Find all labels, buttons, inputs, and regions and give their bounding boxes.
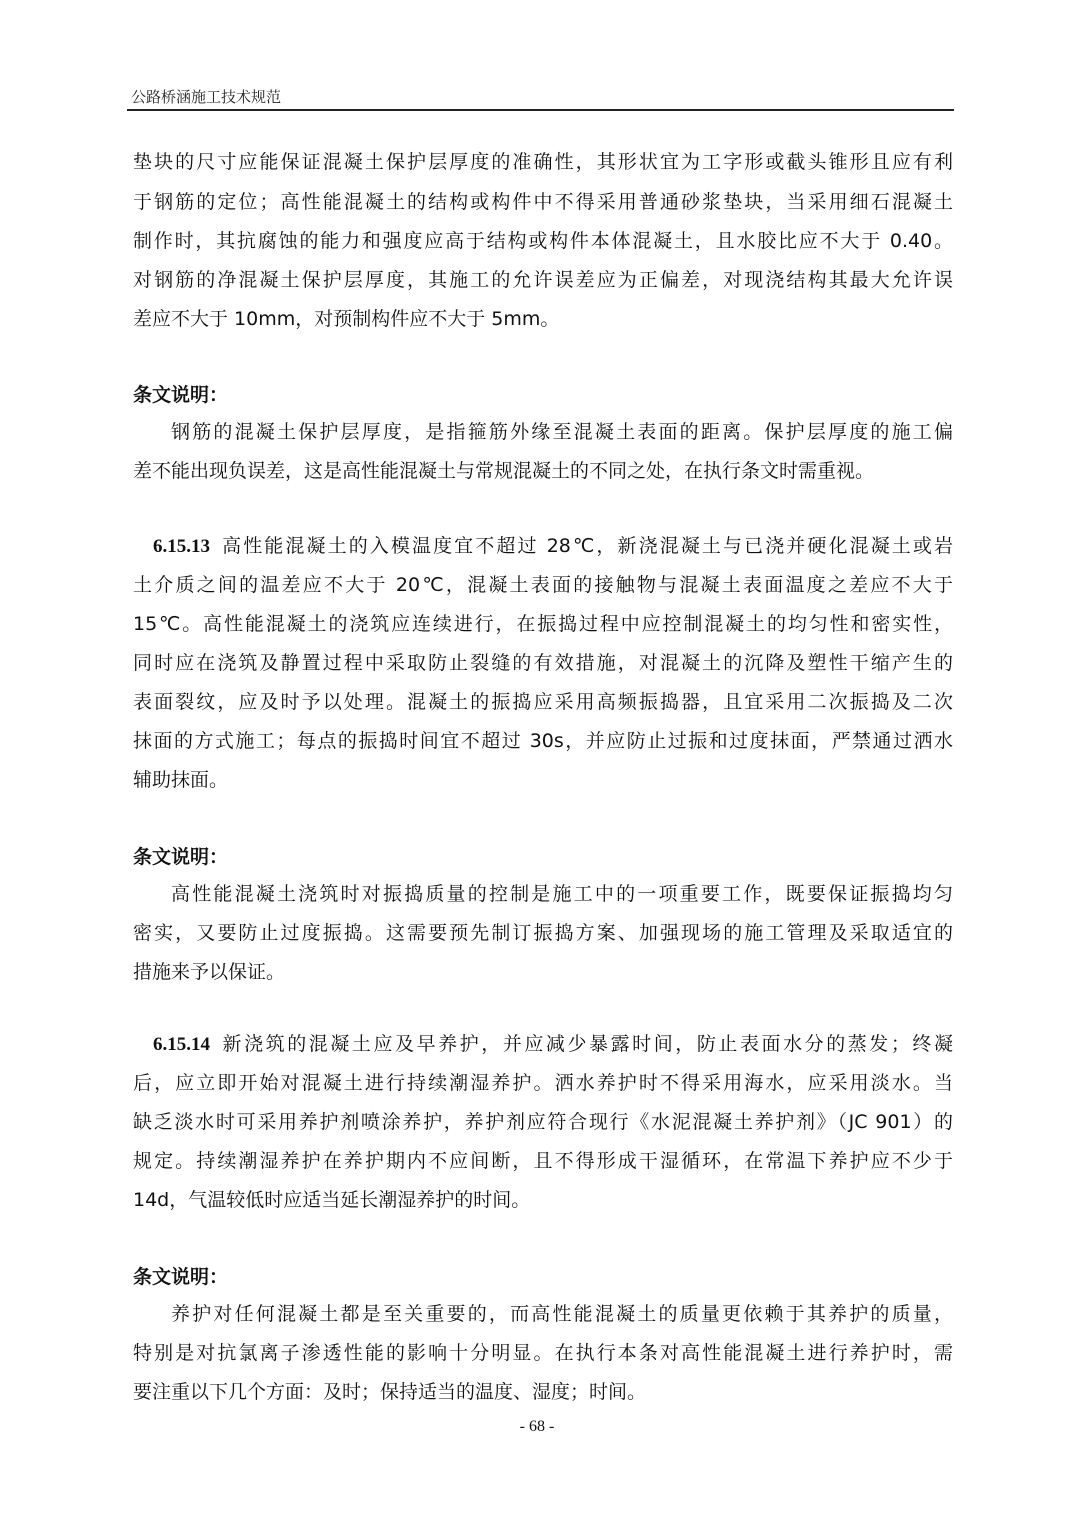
- clause-first-line: 6.15.13高性能混凝土的入模温度宜不超过 28℃，新浇混凝土与已浇并硬化混凝…: [133, 534, 953, 559]
- clause-number: 6.15.13: [153, 536, 210, 557]
- note-title: 条文说明：: [133, 380, 228, 407]
- note-line: 差不能出现负误差，这是高性能混凝土与常规混凝土的不同之处，在执行条文时需重视。: [133, 459, 953, 483]
- note-line: 密实，又要防止过度振捣。这需要预先制订振捣方案、加强现场的施工管理及采取适宜的: [133, 921, 953, 945]
- note-line: 高性能混凝土浇筑时对振捣质量的控制是施工中的一项重要工作，既要保证振捣均匀: [133, 882, 953, 906]
- note-line: 要注重以下几个方面：及时；保持适当的温度、湿度；时间。: [133, 1380, 953, 1404]
- body-line: 规定。持续潮湿养护在养护期内不应间断，且不得形成干湿循环，在常温下养护应不少于: [133, 1149, 953, 1173]
- body-line: 对钢筋的净混凝土保护层厚度，其施工的允许误差应为正偏差，对现浇结构其最大允许误: [133, 268, 953, 292]
- body-line: 抹面的方式施工；每点的振捣时间宜不超过 30s，并应防止过振和过度抹面，严禁通过…: [133, 729, 953, 753]
- note-line: 钢筋的混凝土保护层厚度，是指箍筋外缘至混凝土表面的距离。保护层厚度的施工偏: [133, 420, 953, 444]
- body-line: 差应不大于 10mm，对预制构件应不大于 5mm。: [133, 307, 953, 331]
- body-line: 垫块的尺寸应能保证混凝土保护层厚度的准确性，其形状宜为工字形或截头锥形且应有利: [133, 150, 953, 174]
- note-title: 条文说明：: [133, 842, 228, 869]
- header-divider: [127, 109, 954, 111]
- body-line: 于钢筋的定位；高性能混凝土的结构或构件中不得采用普通砂浆垫块，当采用细石混凝土: [133, 190, 953, 214]
- body-line: 制作时，其抗腐蚀的能力和强度应高于结构或构件本体混凝土，且水胶比应不大于 0.4…: [133, 229, 953, 253]
- clause-text: 新浇筑的混凝土应及早养护，并应减少暴露时间，防止表面水分的蒸发；终凝: [220, 1033, 953, 1055]
- body-line: 缺乏淡水时可采用养护剂喷涂养护，养护剂应符合现行《水泥混凝土养护剂》（JC 90…: [133, 1110, 953, 1134]
- clause-first-line: 6.15.14新浇筑的混凝土应及早养护，并应减少暴露时间，防止表面水分的蒸发；终…: [133, 1032, 953, 1057]
- note-line: 养护对任何混凝土都是至关重要的，而高性能混凝土的质量更依赖于其养护的质量，: [133, 1302, 953, 1326]
- body-line: 表面裂纹，应及时予以处理。混凝土的振捣应采用高频振捣器，且宜采用二次振捣及二次: [133, 690, 953, 714]
- note-line: 特别是对抗氯离子渗透性能的影响十分明显。在执行本条对高性能混凝土进行养护时，需: [133, 1341, 953, 1365]
- body-line: 辅助抹面。: [133, 768, 953, 792]
- body-line: 土介质之间的温差应不大于 20℃，混凝土表面的接触物与混凝土表面温度之差应不大于: [133, 573, 953, 597]
- body-line: 15℃。高性能混凝土的浇筑应连续进行，在振捣过程中应控制混凝土的均匀性和密实性，: [133, 612, 953, 636]
- body-line: 后，应立即开始对混凝土进行持续潮湿养护。洒水养护时不得采用海水，应采用淡水。当: [133, 1071, 953, 1095]
- page-number: - 68 -: [0, 1418, 1074, 1436]
- running-header: 公路桥涵施工技术规范: [131, 86, 281, 107]
- clause-text: 高性能混凝土的入模温度宜不超过 28℃，新浇混凝土与已浇并硬化混凝土或岩: [220, 535, 953, 557]
- body-line: 14d，气温较低时应适当延长潮湿养护的时间。: [133, 1188, 953, 1212]
- body-line: 同时应在浇筑及静置过程中采取防止裂缝的有效措施，对混凝土的沉降及塑性干缩产生的: [133, 651, 953, 675]
- note-title: 条文说明：: [133, 1262, 228, 1289]
- note-line: 措施来予以保证。: [133, 960, 953, 984]
- clause-number: 6.15.14: [153, 1034, 210, 1055]
